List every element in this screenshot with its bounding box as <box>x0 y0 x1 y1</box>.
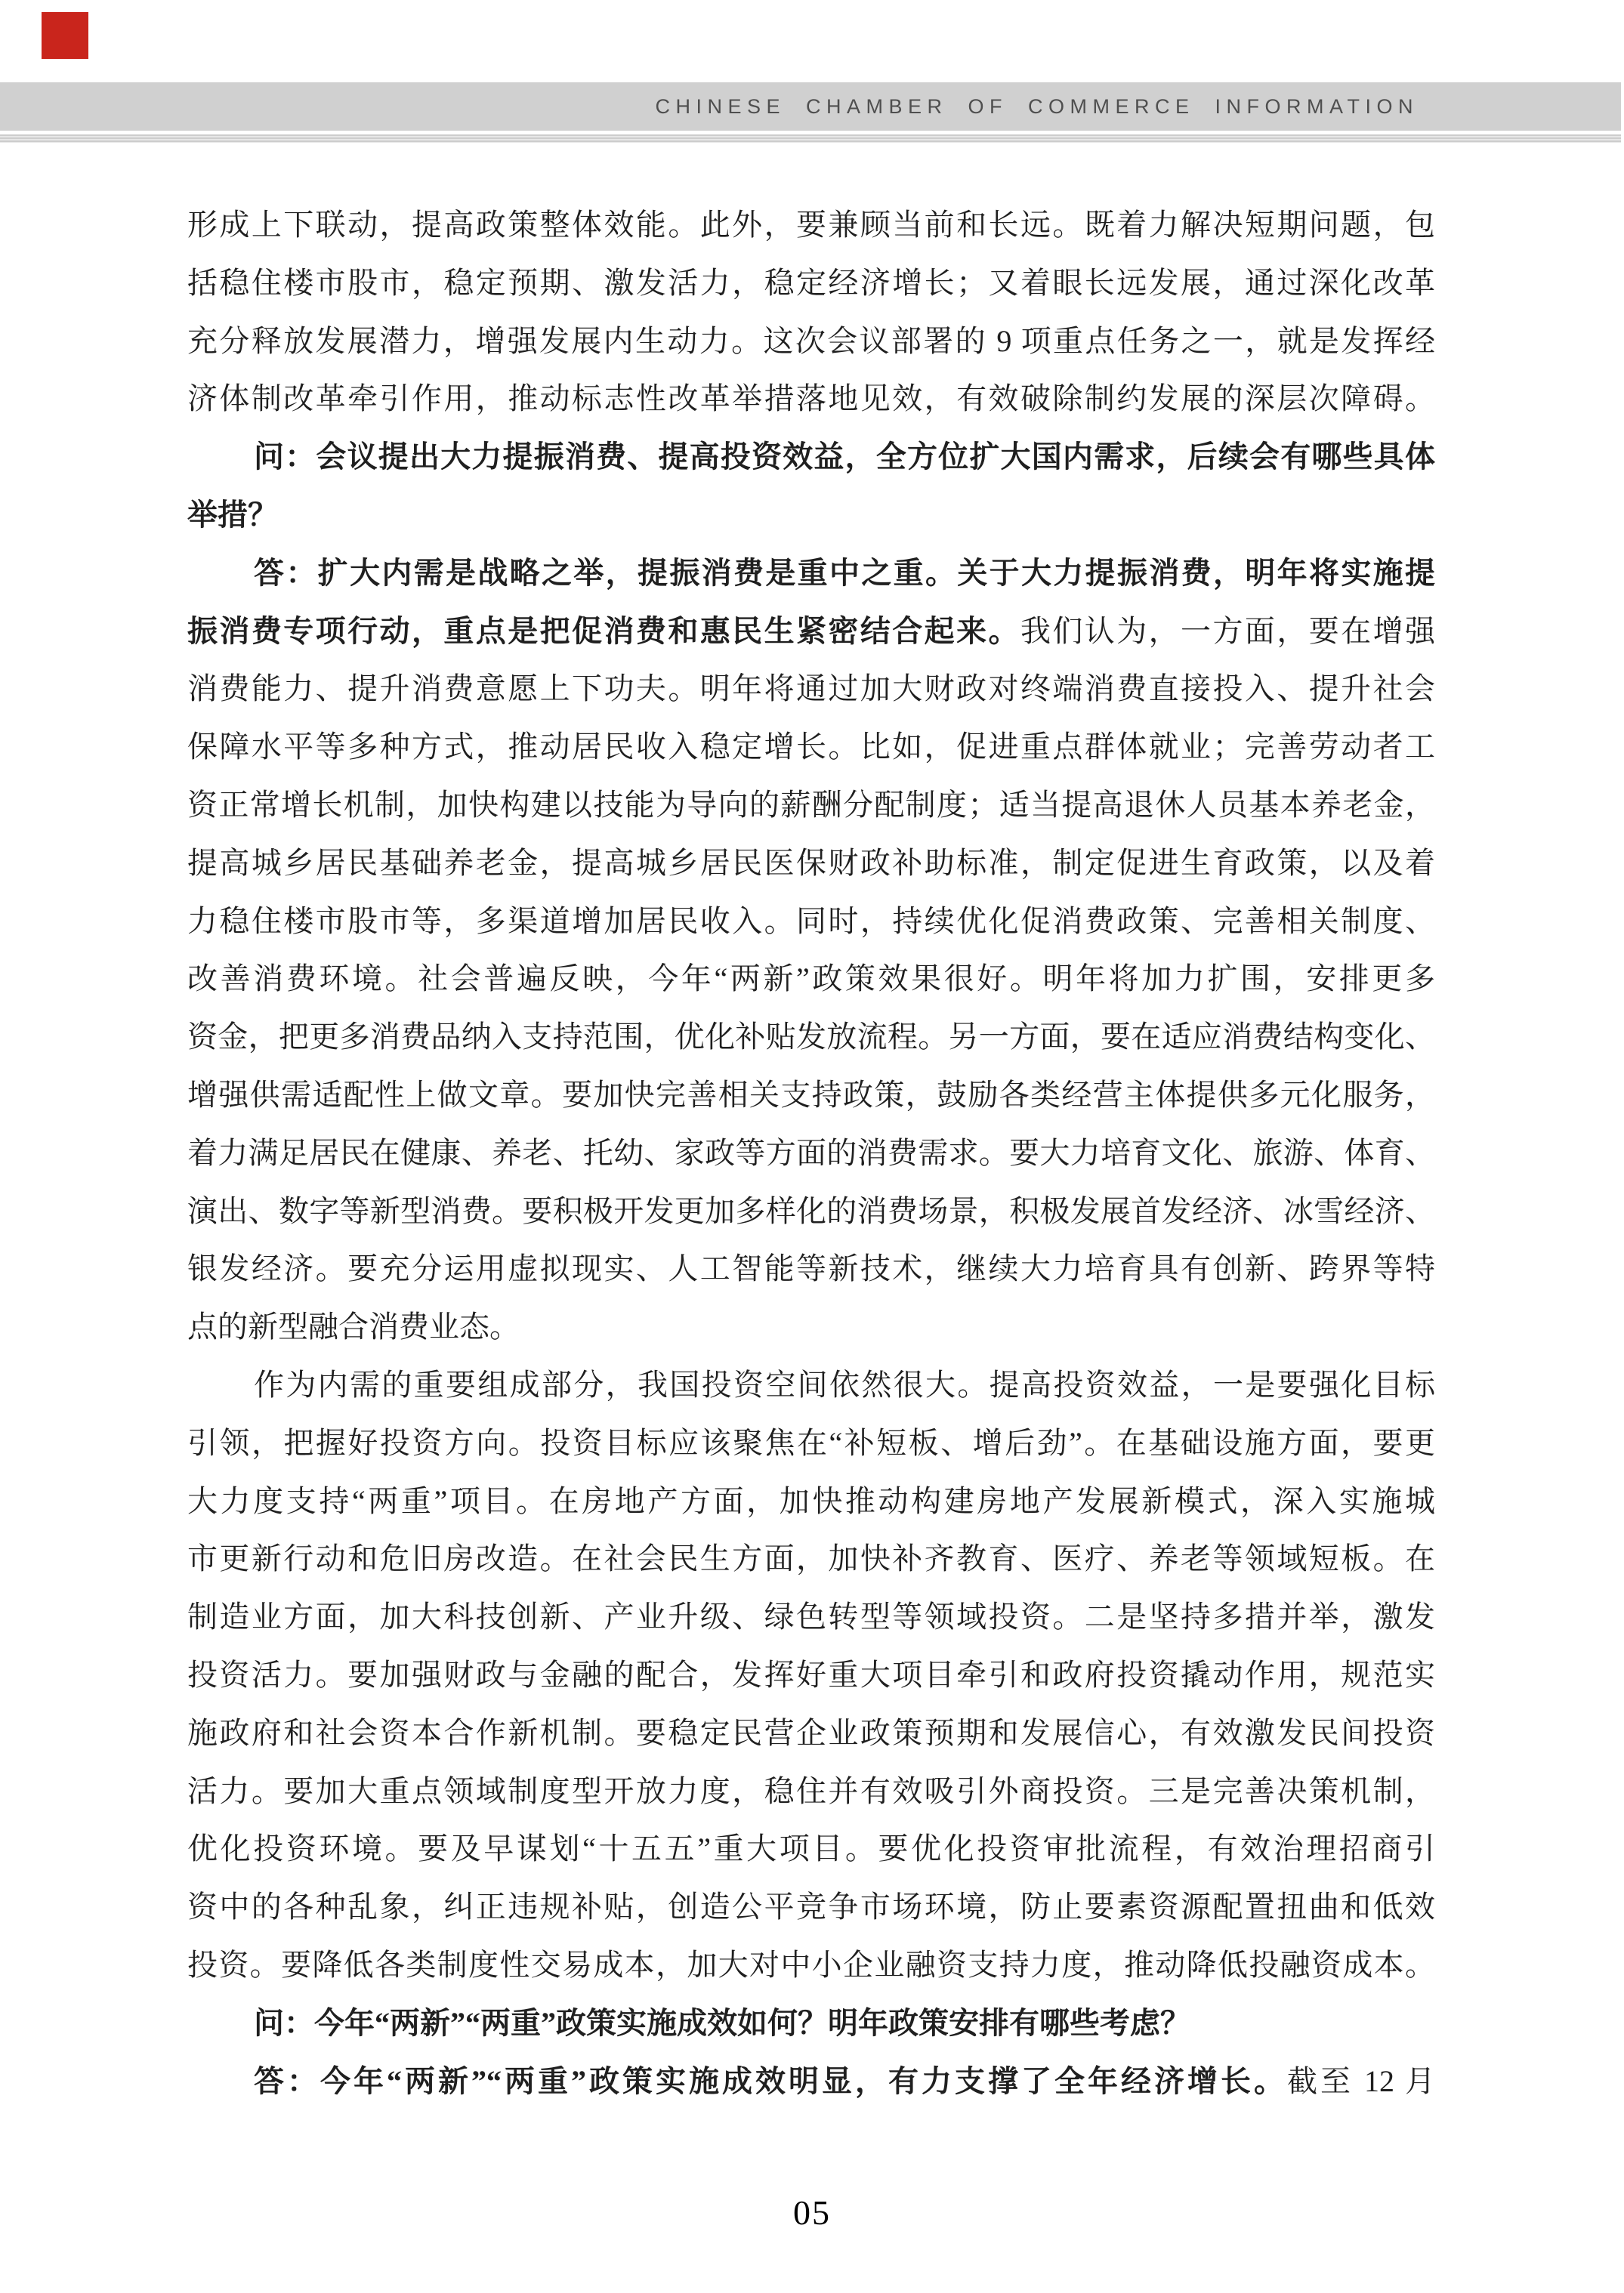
body-line: 问：今年“两新”“两重”政策实施成效如何？明年政策安排有哪些考虑？ <box>187 1995 1435 2053</box>
body-line: 市更新行动和危旧房改造。在社会民生方面，加快补齐教育、医疗、养老等领域短板。在 <box>187 1530 1435 1588</box>
body-line-segment: 保障水平等多种方式，推动居民收入稳定增长。比如，促进重点群体就业；完善劳动者工 <box>187 730 1435 764</box>
body-line-segment: 力稳住楼市股市等，多渠道增加居民收入。同时，持续优化促消费政策、完善相关制度、 <box>187 904 1435 938</box>
body-line: 活力。要加大重点领域制度型开放力度，稳住并有效吸引外商投资。三是完善决策机制， <box>187 1763 1435 1821</box>
body-line: 答：今年“两新”“两重”政策实施成效明显，有力支撑了全年经济增长。截至 12 月 <box>187 2053 1435 2111</box>
body-line: 济体制改革牵引作用，推动标志性改革举措落地见效，有效破除制约发展的深层次障碍。 <box>187 370 1435 428</box>
body-text: 形成上下联动，提高政策整体效能。此外，要兼顾当前和长远。既着力解决短期问题，包括… <box>187 196 1435 2110</box>
body-line: 保障水平等多种方式，推动居民收入稳定增长。比如，促进重点群体就业；完善劳动者工 <box>187 718 1435 776</box>
body-line-segment: 资金，把更多消费品纳入支持范围，优化补贴发放流程。另一方面，要在适应消费结构变化… <box>187 1020 1435 1054</box>
body-line: 改善消费环境。社会普遍反映，今年“两新”政策效果很好。明年将加力扩围，安排更多 <box>187 950 1435 1008</box>
body-line-segment: 我们认为，一方面，要在增强 <box>1020 614 1435 648</box>
body-line-segment: 济体制改革牵引作用，推动标志性改革举措落地见效，有效破除制约发展的深层次障碍。 <box>187 381 1435 415</box>
body-line: 提高城乡居民基础养老金，提高城乡居民医保财政补助标准，制定促进生育政策，以及着 <box>187 835 1435 893</box>
body-line: 投资活力。要加强财政与金融的配合，发挥好重大项目牵引和政府投资撬动作用，规范实 <box>187 1646 1435 1705</box>
body-line-segment-bold: 问：会议提出大力提振消费、提高投资效益，全方位扩大国内需求，后续会有哪些具体 <box>254 440 1435 474</box>
body-line: 力稳住楼市股市等，多渠道增加居民收入。同时，持续优化促消费政策、完善相关制度、 <box>187 893 1435 951</box>
body-line: 施政府和社会资本合作新机制。要稳定民营企业政策预期和发展信心，有效激发民间投资 <box>187 1705 1435 1763</box>
body-line: 形成上下联动，提高政策整体效能。此外，要兼顾当前和长远。既着力解决短期问题，包 <box>187 196 1435 255</box>
body-line-segment: 着力满足居民在健康、养老、托幼、家政等方面的消费需求。要大力培育文化、旅游、体育… <box>187 1136 1435 1170</box>
body-line-segment: 活力。要加大重点领域制度型开放力度，稳住并有效吸引外商投资。三是完善决策机制， <box>187 1774 1435 1808</box>
body-line-segment: 投资活力。要加强财政与金融的配合，发挥好重大项目牵引和政府投资撬动作用，规范实 <box>187 1658 1435 1692</box>
body-line: 作为内需的重要组成部分，我国投资空间依然很大。提高投资效益，一是要强化目标 <box>187 1356 1435 1415</box>
document-page: CHINESE CHAMBER OF COMMERCE INFORMATION … <box>0 0 1624 2293</box>
body-line: 引领，把握好投资方向。投资目标应该聚焦在“补短板、增后劲”。在基础设施方面，要更 <box>187 1415 1435 1473</box>
body-line-segment: 充分释放发展潜力，增强发展内生动力。这次会议部署的 9 项重点任务之一，就是发挥… <box>187 324 1435 358</box>
body-line: 投资。要降低各类制度性交易成本，加大对中小企业融资支持力度，推动降低投融资成本。 <box>187 1937 1435 1995</box>
body-line-segment: 施政府和社会资本合作新机制。要稳定民营企业政策预期和发展信心，有效激发民间投资 <box>187 1716 1435 1750</box>
body-line: 括稳住楼市股市，稳定预期、激发活力，稳定经济增长；又着眼长远发展，通过深化改革 <box>187 255 1435 313</box>
body-line: 振消费专项行动，重点是把促消费和惠民生紧密结合起来。我们认为，一方面，要在增强 <box>187 603 1435 661</box>
body-line-segment: 形成上下联动，提高政策整体效能。此外，要兼顾当前和长远。既着力解决短期问题，包 <box>187 208 1435 242</box>
body-line-segment-bold: 举措？ <box>187 498 278 532</box>
body-line: 资金，把更多消费品纳入支持范围，优化补贴发放流程。另一方面，要在适应消费结构变化… <box>187 1008 1435 1066</box>
body-line-segment: 截至 12 月 <box>1287 2064 1435 2098</box>
body-line: 举措？ <box>187 486 1435 545</box>
body-line-segment: 资中的各种乱象，纠正违规补贴，创造公平竞争市场环境，防止要素资源配置扭曲和低效 <box>187 1890 1435 1924</box>
body-line: 充分释放发展潜力，增强发展内生动力。这次会议部署的 9 项重点任务之一，就是发挥… <box>187 313 1435 371</box>
body-line-segment-bold: 答：扩大内需是战略之举，提振消费是重中之重。关于大力提振消费，明年将实施提 <box>254 556 1435 590</box>
body-line: 问：会议提出大力提振消费、提高投资效益，全方位扩大国内需求，后续会有哪些具体 <box>187 428 1435 486</box>
body-line-segment: 制造业方面，加大科技创新、产业升级、绿色转型等领域投资。二是坚持多措并举，激发 <box>187 1600 1435 1634</box>
body-line-segment: 资正常增长机制，加快构建以技能为导向的薪酬分配制度；适当提高退休人员基本养老金， <box>187 788 1435 822</box>
body-line-segment: 点的新型融合消费业态。 <box>187 1310 520 1344</box>
body-line-segment: 优化投资环境。要及早谋划“十五五”重大项目。要优化投资审批流程，有效治理招商引 <box>187 1832 1435 1866</box>
body-line: 点的新型融合消费业态。 <box>187 1298 1435 1356</box>
body-line-segment: 投资。要降低各类制度性交易成本，加大对中小企业融资支持力度，推动降低投融资成本。 <box>187 1948 1435 1982</box>
body-line: 优化投资环境。要及早谋划“十五五”重大项目。要优化投资审批流程，有效治理招商引 <box>187 1820 1435 1878</box>
body-line-segment: 改善消费环境。社会普遍反映，今年“两新”政策效果很好。明年将加力扩围，安排更多 <box>187 961 1435 995</box>
body-line-segment: 消费能力、提升消费意愿上下功夫。明年将通过加大财政对终端消费直接投入、提升社会 <box>187 671 1435 705</box>
header-band: CHINESE CHAMBER OF COMMERCE INFORMATION <box>0 82 1621 131</box>
body-line-segment-bold: 振消费专项行动，重点是把促消费和惠民生紧密结合起来。 <box>187 614 1020 648</box>
body-line-segment: 大力度支持“两重”项目。在房地产方面，加快推动构建房地产发展新模式，深入实施城 <box>187 1484 1435 1518</box>
body-line: 大力度支持“两重”项目。在房地产方面，加快推动构建房地产发展新模式，深入实施城 <box>187 1473 1435 1531</box>
body-line: 银发经济。要充分运用虚拟现实、人工智能等新技术，继续大力培育具有创新、跨界等特 <box>187 1240 1435 1298</box>
body-line-segment: 提高城乡居民基础养老金，提高城乡居民医保财政补助标准，制定促进生育政策，以及着 <box>187 846 1435 880</box>
body-line-segment-bold: 问：今年“两新”“两重”政策实施成效如何？明年政策安排有哪些考虑？ <box>254 2006 1190 2040</box>
body-line: 着力满足居民在健康、养老、托幼、家政等方面的消费需求。要大力培育文化、旅游、体育… <box>187 1125 1435 1183</box>
header-banner-text: CHINESE CHAMBER OF COMMERCE INFORMATION <box>655 95 1419 119</box>
body-line-segment: 增强供需适配性上做文章。要加快完善相关支持政策，鼓励各类经营主体提供多元化服务， <box>187 1078 1435 1112</box>
body-line: 消费能力、提升消费意愿上下功夫。明年将通过加大财政对终端消费直接投入、提升社会 <box>187 660 1435 718</box>
header-divider-stripes <box>0 134 1621 143</box>
body-line-segment: 演出、数字等新型消费。要积极开发更加多样化的消费场景，积极发展首发经济、冰雪经济… <box>187 1194 1435 1228</box>
body-line: 资中的各种乱象，纠正违规补贴，创造公平竞争市场环境，防止要素资源配置扭曲和低效 <box>187 1878 1435 1937</box>
body-line-segment: 括稳住楼市股市，稳定预期、激发活力，稳定经济增长；又着眼长远发展，通过深化改革 <box>187 266 1435 300</box>
body-line: 制造业方面，加大科技创新、产业升级、绿色转型等领域投资。二是坚持多措并举，激发 <box>187 1588 1435 1646</box>
body-line: 增强供需适配性上做文章。要加快完善相关支持政策，鼓励各类经营主体提供多元化服务， <box>187 1066 1435 1125</box>
red-accent-square <box>42 12 88 59</box>
body-line: 资正常增长机制，加快构建以技能为导向的薪酬分配制度；适当提高退休人员基本养老金， <box>187 776 1435 835</box>
body-line: 答：扩大内需是战略之举，提振消费是重中之重。关于大力提振消费，明年将实施提 <box>187 545 1435 603</box>
body-line-segment: 市更新行动和危旧房改造。在社会民生方面，加快补齐教育、医疗、养老等领域短板。在 <box>187 1542 1435 1575</box>
body-line-segment-bold: 答：今年“两新”“两重”政策实施成效明显，有力支撑了全年经济增长。 <box>254 2064 1287 2098</box>
page-number: 05 <box>0 2193 1624 2233</box>
body-line-segment: 引领，把握好投资方向。投资目标应该聚焦在“补短板、增后劲”。在基础设施方面，要更 <box>187 1426 1435 1460</box>
body-line-segment: 作为内需的重要组成部分，我国投资空间依然很大。提高投资效益，一是要强化目标 <box>254 1368 1435 1402</box>
body-line-segment: 银发经济。要充分运用虚拟现实、人工智能等新技术，继续大力培育具有创新、跨界等特 <box>187 1251 1435 1285</box>
body-line: 演出、数字等新型消费。要积极开发更加多样化的消费场景，积极发展首发经济、冰雪经济… <box>187 1183 1435 1241</box>
